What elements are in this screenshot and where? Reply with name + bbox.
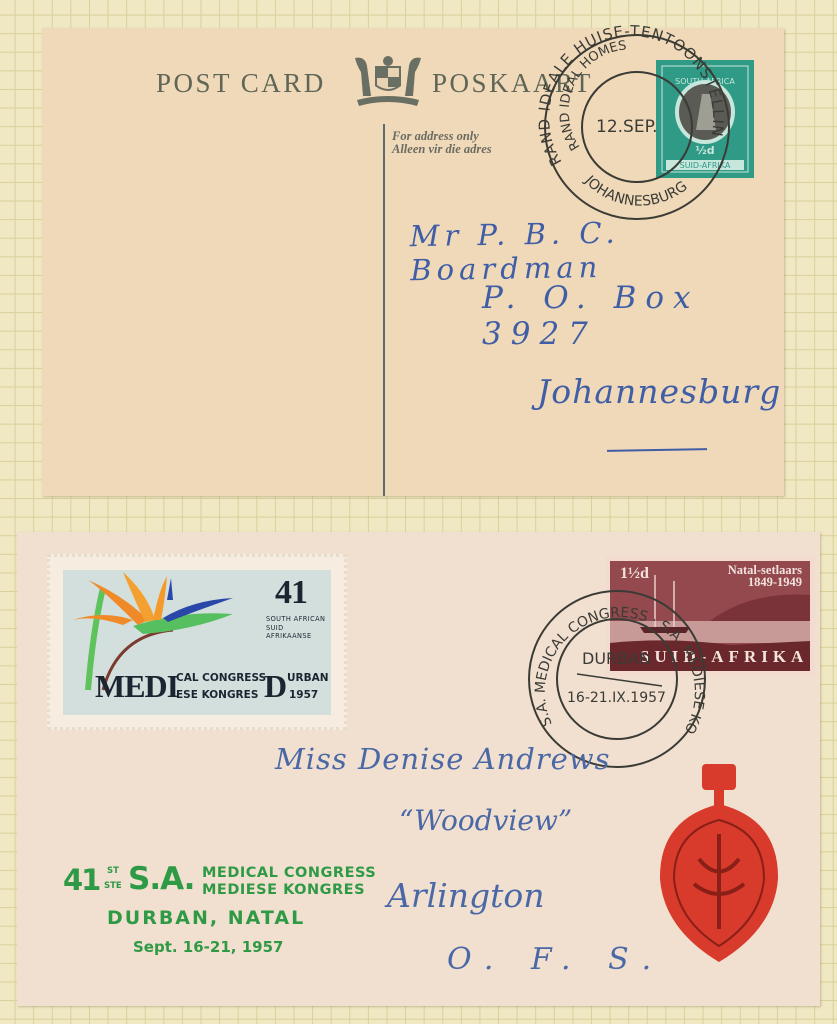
label-number: 41 bbox=[275, 574, 307, 612]
address-divider bbox=[383, 124, 385, 496]
postcard: POST CARD POSKAART For address only Alle… bbox=[42, 28, 784, 496]
coat-of-arms-icon bbox=[347, 52, 429, 108]
postcard-title-english: POST CARD bbox=[156, 68, 326, 99]
recipient-line-1: Miss Denise Andrews bbox=[275, 742, 611, 776]
recipient-line-4: O. F. S. bbox=[447, 942, 665, 977]
congress-cover: 41 SOUTH AFRICAN SUID AFRIKAANSE MEDI CA… bbox=[17, 532, 820, 1006]
svg-text:JOHANNESBURG: JOHANNESBURG bbox=[581, 172, 691, 209]
svg-text:16-21.IX.1957: 16-21.IX.1957 bbox=[567, 690, 666, 706]
recipient-line-2: P. O. Box 3927 bbox=[482, 280, 784, 352]
cachet-number: 41 bbox=[63, 863, 99, 897]
recipient-line-1: Mr P. B. C. Boardman bbox=[409, 213, 784, 288]
svg-text:DURBAN: DURBAN bbox=[582, 649, 651, 668]
cachet-city: DURBAN, NATAL bbox=[107, 907, 305, 929]
cachet-dates: Sept. 16-21, 1957 bbox=[133, 938, 283, 956]
red-wax-seal-icon bbox=[654, 764, 784, 964]
svg-text:12.SEP.: 12.SEP. bbox=[596, 117, 658, 137]
postmark-johannesburg: RAND IDEALE HUISE-TENTOONSTELLING RAND I… bbox=[532, 22, 742, 232]
address-label-afrikaans: Alleen vir die adres bbox=[392, 142, 492, 157]
recipient-line-3: Arlington bbox=[387, 876, 544, 915]
congress-label: 41 SOUTH AFRICAN SUID AFRIKAANSE MEDI CA… bbox=[47, 554, 347, 730]
handwritten-underline bbox=[607, 448, 707, 452]
recipient-line-2: “Woodview” bbox=[399, 804, 572, 837]
recipient-line-3: Johannesburg bbox=[537, 372, 781, 411]
